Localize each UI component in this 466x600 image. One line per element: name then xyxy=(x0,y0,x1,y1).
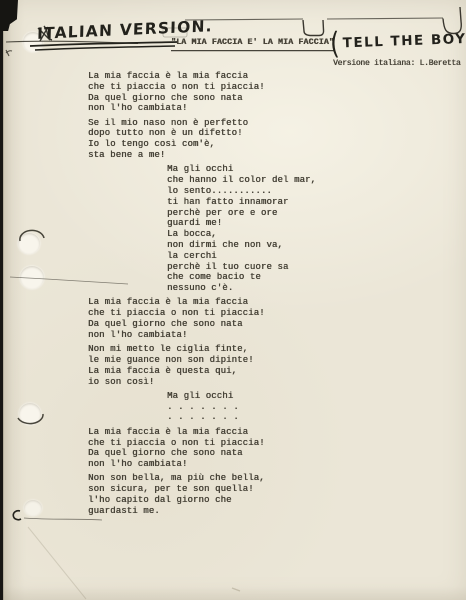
lyrics: La mia faccia è la mia facciache ti piac… xyxy=(88,71,418,520)
lyric-line: ti han fatto innamorar xyxy=(167,197,418,208)
hole-punch xyxy=(20,266,44,289)
lyric-line: . . . . . . . xyxy=(167,402,418,413)
stanza: La mia faccia è la mia facciache ti piac… xyxy=(88,71,418,114)
lyric-line: non l'ho cambiata! xyxy=(88,103,418,114)
hole-punch xyxy=(19,403,41,425)
lyric-line: non l'ho cambiata! xyxy=(88,459,418,470)
stanza: Ma gli occhiche hanno il color del mar,l… xyxy=(88,164,418,294)
open-paren-mark: ( xyxy=(330,29,340,59)
hole-punch xyxy=(24,500,42,516)
lyric-line: son sicura, per te son quella! xyxy=(88,484,418,495)
lyric-line: che hanno il color del mar, xyxy=(167,175,418,186)
stanza: Se il mio naso non è perfettodopo tutto … xyxy=(88,118,418,161)
lyric-line: La mia faccia è questa qui, xyxy=(88,366,418,377)
lyric-line: guardi me! xyxy=(167,218,418,229)
lyric-line: Da quel giorno che sono nata xyxy=(88,448,418,459)
lyric-line: La mia faccia è la mia faccia xyxy=(88,297,418,308)
stanza: La mia faccia è la mia facciache ti piac… xyxy=(88,297,418,340)
lyric-line: guardasti me. xyxy=(88,506,418,517)
english-title-text: TELL THE BOYS xyxy=(340,31,466,54)
lyric-line: perchè il tuo cuore sa xyxy=(167,262,418,273)
stanza: Ma gli occhi. . . . . . .. . . . . . . xyxy=(88,391,418,423)
lyric-line: la cerchi xyxy=(167,251,418,262)
lyric-line: Se il mio naso non è perfetto xyxy=(88,118,418,129)
lyric-line: La mia faccia è la mia faccia xyxy=(88,427,418,438)
lyric-line: le mie guance non son dipinte! xyxy=(88,355,418,366)
lyric-line: non dirmi che non va, xyxy=(167,240,418,251)
lyric-line: Da quel giorno che sono nata xyxy=(88,319,418,330)
lyric-line: Non mi metto le ciglia finte, xyxy=(88,344,418,355)
lyric-line: La bocca, xyxy=(167,229,418,240)
lyric-line: Non son bella, ma più che bella, xyxy=(88,473,418,484)
scanned-lyric-sheet: ITALIAN VERSION. "LA MIA FACCIA E' LA MI… xyxy=(0,0,466,600)
lyric-line: Ma gli occhi xyxy=(167,391,418,402)
paper-left-edge xyxy=(3,28,4,600)
lyric-line: Da quel giorno che sono nata xyxy=(88,93,418,104)
stanza: La mia faccia è la mia facciache ti piac… xyxy=(88,427,418,470)
english-title: ( TELL THE BOYS ) xyxy=(329,24,466,60)
lyric-line: che ti piaccia o non ti piaccia! xyxy=(88,82,418,93)
lyric-line: Ma gli occhi xyxy=(167,164,418,175)
stanza: Non son bella, ma più che bella,son sicu… xyxy=(88,473,418,516)
lyric-line: io son così! xyxy=(88,377,418,388)
lyric-line: . . . . . . . xyxy=(167,412,418,423)
stanza: Non mi metto le ciglia finte,le mie guan… xyxy=(88,344,418,387)
translation-credit: Versione italiana: L.Beretta xyxy=(333,59,460,68)
lyric-line: che ti piaccia o non ti piaccia! xyxy=(88,308,418,319)
lyric-line: dopo tutto non è un difetto! xyxy=(88,128,418,139)
lyric-line: nessuno c'è. xyxy=(167,283,418,294)
lyric-line: sta bene a me! xyxy=(88,150,418,161)
lyric-line: La mia faccia è la mia faccia xyxy=(88,71,418,82)
lyric-line: non l'ho cambiata! xyxy=(88,330,418,341)
song-title: "LA MIA FACCIA E' LA MIA FACCIA" xyxy=(171,38,334,47)
lyric-line: che ti piaccia o non ti piaccia! xyxy=(88,438,418,449)
lyric-line: perchè per ore e ore xyxy=(167,208,418,219)
lyric-line: Io lo tengo così com'è, xyxy=(88,139,418,150)
lyric-line: lo sento........... xyxy=(167,186,418,197)
lyric-line: l'ho capito dal giorno che xyxy=(88,495,418,506)
hole-punch xyxy=(18,233,40,254)
song-title-underline xyxy=(171,50,334,51)
lyric-line: che come bacio te xyxy=(167,272,418,283)
